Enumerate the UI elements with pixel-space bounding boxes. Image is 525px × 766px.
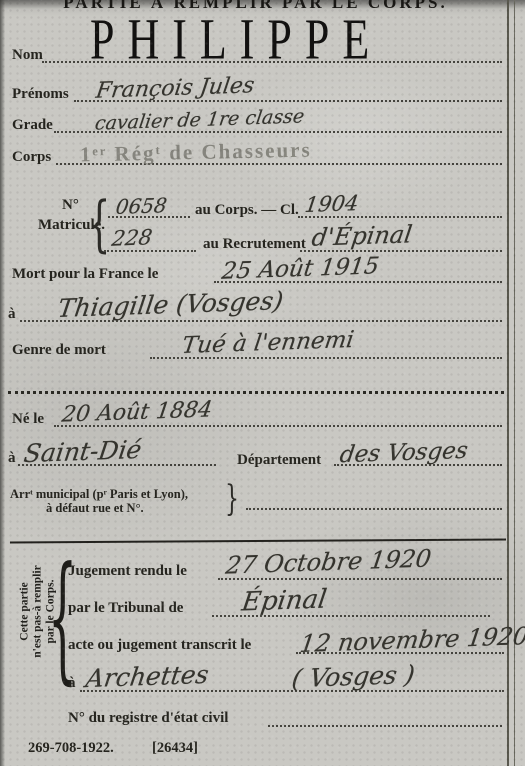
card-right-border-outer bbox=[507, 0, 509, 766]
regiment-stamp: 1ᵉʳ Régᵗ de Chasseurs bbox=[80, 138, 312, 168]
grade-label: Grade bbox=[12, 117, 53, 134]
transcrit-lieu-label: à bbox=[68, 675, 76, 692]
matricule-label-no: N° bbox=[62, 197, 79, 214]
surname-stamp: PHILIPPE bbox=[90, 11, 382, 69]
matricule-recrutement-place-dotted-line bbox=[300, 250, 502, 252]
matricule-classe-handwriting: 1904 bbox=[303, 191, 360, 217]
side-note-line2: n'est pas-à remplir bbox=[32, 550, 45, 674]
jugement-top-rule bbox=[10, 538, 506, 543]
matricule-corps-text: au Corps. — Cl. bbox=[195, 202, 299, 219]
arr-municipal-dotted-line bbox=[246, 508, 502, 510]
departement-label: Département bbox=[237, 452, 321, 469]
corps-label: Corps bbox=[12, 149, 51, 166]
genre-mort-handwriting: Tué à l'ennemi bbox=[180, 327, 355, 359]
transcrit-lieu-departement-handwriting: ( Vosges ) bbox=[290, 660, 417, 693]
ne-lieu-handwriting: Saint-Dié bbox=[22, 435, 143, 468]
genre-mort-label: Genre de mort bbox=[12, 342, 106, 359]
mort-label: Mort pour la France le bbox=[12, 266, 158, 283]
scan-left-edge bbox=[0, 0, 5, 766]
mort-lieu-label: à bbox=[8, 306, 16, 323]
arr-municipal-brace: } bbox=[225, 483, 239, 518]
form-reference-bracket: [26434] bbox=[152, 740, 198, 757]
jugement-rendu-label: Jugement rendu le bbox=[68, 563, 187, 580]
side-note-line1: Cette partie bbox=[19, 550, 32, 674]
military-death-record-card: PARTIE À REMPLIR PAR LE CORPS. Nom PHILI… bbox=[0, 0, 525, 766]
arr-municipal-label-line1: Arrᵗ municipal (pʳ Paris et Lyon), bbox=[10, 487, 188, 502]
ne-date-handwriting: 20 Août 1884 bbox=[60, 397, 214, 427]
form-reference: 269-708-1922. bbox=[28, 740, 114, 757]
matricule-recrutement-text: au Recrutement bbox=[203, 236, 306, 253]
matricule-recrutement-dotted-line bbox=[104, 250, 196, 252]
tribunal-handwriting: Épinal bbox=[240, 584, 329, 617]
section-separator bbox=[8, 391, 504, 394]
jugement-rendu-handwriting: 27 Octobre 1920 bbox=[224, 544, 433, 579]
matricule-recrutement-place-handwriting: d'Épinal bbox=[310, 220, 414, 252]
matricule-brace: { bbox=[88, 193, 110, 254]
prenoms-label: Prénoms bbox=[12, 86, 69, 103]
registre-dotted-line bbox=[268, 725, 502, 727]
tribunal-label: par le Tribunal de bbox=[68, 600, 183, 617]
card-right-border-inner bbox=[514, 0, 515, 766]
matricule-corps-dotted-line bbox=[108, 216, 190, 218]
matricule-recrutement-number-handwriting: 228 bbox=[110, 225, 153, 251]
registre-label: N° du registre d'état civil bbox=[68, 710, 228, 727]
transcrit-label: acte ou jugement transcrit le bbox=[68, 637, 251, 654]
departement-handwriting: des Vosges bbox=[338, 438, 469, 469]
transcrit-lieu-handwriting: Archettes bbox=[84, 660, 211, 693]
arr-municipal-label-line2: à défaut rue et N°. bbox=[46, 501, 144, 516]
nom-label: Nom bbox=[12, 47, 43, 64]
ne-lieu-label: à bbox=[8, 450, 16, 467]
matricule-classe-dotted-line bbox=[298, 216, 502, 218]
mort-lieu-handwriting: Thiagille (Vosges) bbox=[56, 286, 285, 323]
ne-label: Né le bbox=[12, 411, 44, 428]
